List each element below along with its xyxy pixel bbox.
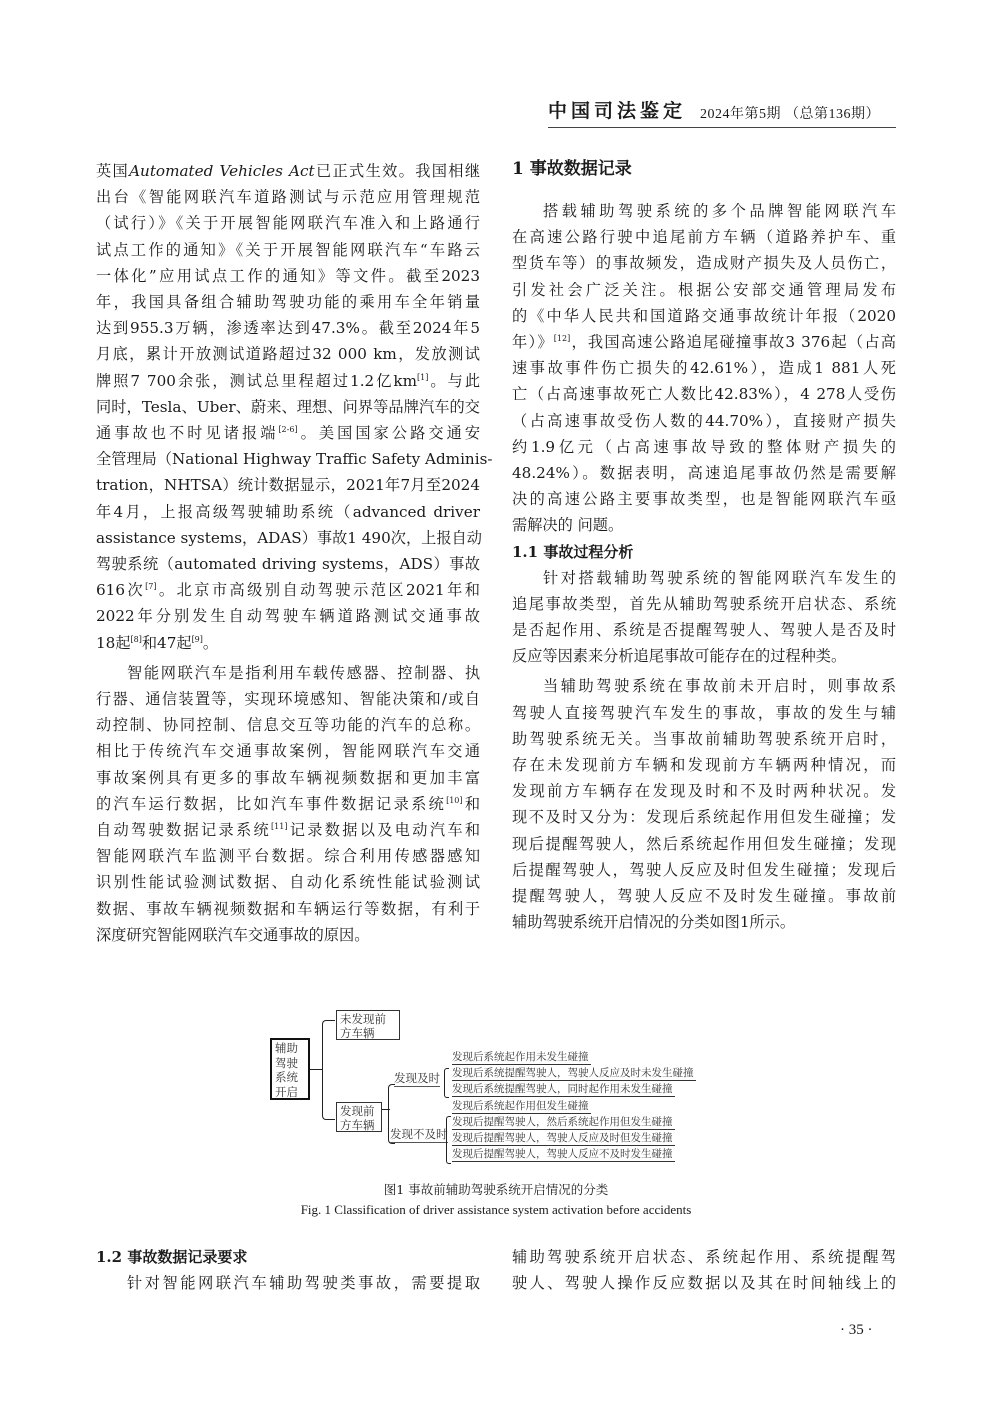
text-line: 追尾事故类型，首先从辅助驾驶系统开启状态、系统 xyxy=(512,591,896,617)
text-line: 提醒驾驶人，驾驶人反应不及时发生碰撞。事故前 xyxy=(512,883,896,909)
text-line: 现后提醒驾驶人，然后系统起作用但发生碰撞；发现 xyxy=(512,831,896,857)
figure-1-mind-map: 辅助驾驶系统开启 未发现前方车辆 发现前方车辆 发现及时 发现不及时 发现后系统… xyxy=(260,998,740,1170)
paragraph-definition: 智能网联汽车是指利用车载传感器、控制器、执行器、通信装置等，实现环境感知、智能决… xyxy=(96,660,480,948)
text-line: 月底，累计开放测试道路超过32 000 km，发放测试 xyxy=(96,341,480,367)
text-line: 牌照7 700余张，测试总里程超过1.2亿km[1]。与此 xyxy=(96,368,480,394)
text-line: 型货车等）的事故频发，造成财产损失及人员伤亡， xyxy=(512,250,896,276)
text-line: 2022年分别发生自动驾驶车辆道路测试交通事故 xyxy=(96,603,480,629)
label-not-timely: 发现不及时 xyxy=(390,1126,448,1143)
node-found: 发现前方车辆 xyxy=(336,1102,382,1132)
act-name: Automated Vehicles Act xyxy=(129,162,315,180)
text-line: 在高速公路行驶中追尾前方车辆（道路养护车、重 xyxy=(512,224,896,250)
paragraph-regulations: 英国Automated Vehicles Act已正式生效。我国相继出台《智能网… xyxy=(96,158,480,656)
text-line: 全管理局（National Highway Traffic Safety Adm… xyxy=(96,446,480,472)
citation-marker: [11] xyxy=(271,822,287,831)
text-line: （占高速事故受伤人数的44.70%），直接财产损失 xyxy=(512,408,896,434)
text-line: 智能网联汽车是指利用车载传感器、控制器、执 xyxy=(96,660,480,686)
citation-marker: [2-6] xyxy=(278,425,297,434)
running-header: 中国司法鉴定 2024年第5期 （总第136期） xyxy=(548,98,896,128)
text-line: 出台《智能网联汽车道路测试与示范应用管理规范 xyxy=(96,184,480,210)
citation-marker: [10] xyxy=(446,796,462,805)
text-line: 48.24%）。数据表明，高速追尾事故仍然是需要解 xyxy=(512,460,896,486)
text-line: 相比于传统汽车交通事故案例，智能网联汽车交通 xyxy=(96,738,480,764)
text-line: 驾驶系统（automated driving systems，ADS）事故 xyxy=(96,551,480,577)
section-1-heading: 1 事故数据记录 xyxy=(512,158,896,180)
citation-marker: [1] xyxy=(417,373,428,382)
text-line: 616次[7]。北京市高级别自动驾驶示范区2021年和 xyxy=(96,577,480,603)
connector-bracket xyxy=(322,1020,335,1120)
text-line: 的《中华人民共和国道路交通事故统计年报（2020 xyxy=(512,303,896,329)
figure-caption-en: Fig. 1 Classification of driver assistan… xyxy=(0,1202,992,1218)
text-line: 同时，Tesla、Uber、蔚来、理想、问界等品牌汽车的交 xyxy=(96,394,480,420)
text-line: 辅助驾驶系统开启状态、系统起作用、系统提醒驾 xyxy=(512,1244,896,1270)
text-line: 反应等因素来分析追尾事故可能存在的过程种类。 xyxy=(512,643,896,669)
text-line: 需解决的 问题。 xyxy=(512,512,896,538)
leaf-not-timely-3: 发现后提醒驾驶人，驾驶人反应及时但发生碰撞 xyxy=(452,1131,675,1146)
text-line: 自动驾驶数据记录系统[11]记录数据以及电动汽车和 xyxy=(96,817,480,843)
journal-name: 中国司法鉴定 xyxy=(548,96,686,123)
text-line: 现不及时又分为：发现后系统起作用但发生碰撞；发 xyxy=(512,804,896,830)
text-line: 18起[8]和47起[9]。 xyxy=(96,630,480,656)
text-line: 约1.9亿元（占高速事故导致的整体财产损失的 xyxy=(512,434,896,460)
text-line: 针对搭载辅助驾驶系统的智能网联汽车发生的 xyxy=(512,565,896,591)
text-line: 发现前方车辆存在发现及时和不及时两种状况。发 xyxy=(512,778,896,804)
text-line: 速事故事件伤亡损失的42.61%），造成1 881人死 xyxy=(512,355,896,381)
text-line: 行器、通信装置等，实现环境感知、智能决策和/或自 xyxy=(96,686,480,712)
text-line: 决的高速公路主要事故类型，也是智能网联汽车亟 xyxy=(512,486,896,512)
citation-marker: [12] xyxy=(554,334,570,343)
page-number: · 35 · xyxy=(840,1322,873,1339)
text-line: 的汽车运行数据，比如汽车事件数据记录系统[10]和 xyxy=(96,791,480,817)
connector-line xyxy=(310,1069,322,1070)
text-line: （试行）》《关于开展智能网联汽车准入和上路通行 xyxy=(96,210,480,236)
citation-marker: [7] xyxy=(145,582,156,591)
text-line: 年）》[12]，我国高速公路追尾碰撞事故3 376起（占高 xyxy=(512,329,896,355)
text-line: 年4月，上报高级驾驶辅助系统（advanced driver xyxy=(96,499,480,525)
text-line: 搭载辅助驾驶系统的多个品牌智能网联汽车 xyxy=(512,198,896,224)
text-line: assistance systems，ADAS）事故1 490次，上报自动 xyxy=(96,525,480,551)
left-column: 英国Automated Vehicles Act已正式生效。我国相继出台《智能网… xyxy=(96,158,480,948)
text-line: 是否起作用、系统是否提醒驾驶人、驾驶人是否及时 xyxy=(512,617,896,643)
leaf-timely-2: 发现后系统提醒驾驶人，驾驶人反应及时未发生碰撞 xyxy=(452,1066,696,1081)
node-root: 辅助驾驶系统开启 xyxy=(270,1038,310,1100)
leaf-not-timely-1: 发现后系统起作用但发生碰撞 xyxy=(452,1099,591,1114)
paragraph-section-1: 搭载辅助驾驶系统的多个品牌智能网联汽车在高速公路行驶中追尾前方车辆（道路养护车、… xyxy=(512,198,896,539)
section-1-2: 1.2 事故数据记录要求 针对智能网联汽车辅助驾驶类事故，需要提取 xyxy=(96,1244,480,1296)
paragraph-section-1-1-b: 当辅助驾驶系统在事故前未开启时，则事故系驾驶人直接驾驶汽车发生的事故，事故的发生… xyxy=(512,673,896,935)
text-line: 存在未发现前方车辆和发现前方车辆两种情况，而 xyxy=(512,752,896,778)
leaf-timely-3: 发现后系统提醒驾驶人，同时起作用未发生碰撞 xyxy=(452,1082,675,1097)
text-line: 引发社会广泛关注。根据公安部交通管理局发布 xyxy=(512,277,896,303)
text-line: 亡（占高速事故死亡人数比42.83%），4 278人受伤 xyxy=(512,381,896,407)
section-1-2-heading: 1.2 事故数据记录要求 xyxy=(96,1244,480,1270)
text-line: 动控制、协同控制、信息交互等功能的汽车的总称。 xyxy=(96,712,480,738)
text-line: 识别性能试验测试数据、自动化系统性能试验测试 xyxy=(96,869,480,895)
section-1-1-heading: 1.1 事故过程分析 xyxy=(512,539,896,565)
text-line: 达到955.3万辆，渗透率达到47.3%。截至2024年5 xyxy=(96,315,480,341)
text-line: 年，我国具备组合辅助驾驶功能的乘用车全年销量 xyxy=(96,289,480,315)
text-line: 深度研究智能网联汽车交通事故的原因。 xyxy=(96,922,480,948)
connector-bracket xyxy=(444,1068,449,1098)
text-line: 事故案例具有更多的事故车辆视频数据和更加丰富 xyxy=(96,765,480,791)
text-line: 辅助驾驶系统开启情况的分类如图1所示。 xyxy=(512,909,896,935)
paragraph-section-1-1-a: 针对搭载辅助驾驶系统的智能网联汽车发生的追尾事故类型，首先从辅助驾驶系统开启状态… xyxy=(512,565,896,670)
text-line: 后提醒驾驶人，驾驶人反应及时但发生碰撞；发现后 xyxy=(512,857,896,883)
text-line: 驶人、驾驶人操作反应数据以及其在时间轴线上的 xyxy=(512,1270,896,1296)
connector-bracket xyxy=(446,1116,451,1164)
node-not-found: 未发现前方车辆 xyxy=(336,1010,400,1040)
text-line: 英国Automated Vehicles Act已正式生效。我国相继 xyxy=(96,158,480,184)
issue-info: 2024年第5期 （总第136期） xyxy=(700,103,880,123)
label-timely: 发现及时 xyxy=(394,1070,440,1087)
right-column: 1 事故数据记录 搭载辅助驾驶系统的多个品牌智能网联汽车在高速公路行驶中追尾前方… xyxy=(512,158,896,935)
leaf-timely-1: 发现后系统起作用未发生碰撞 xyxy=(452,1050,591,1065)
text-line: 一体化”应用试点工作的通知》等文件。截至2023 xyxy=(96,263,480,289)
text-line: 通事故也不时见诸报端[2-6]。美国国家公路交通安 xyxy=(96,420,480,446)
text-line: tration，NHTSA）统计数据显示，2021年7月至2024 xyxy=(96,472,480,498)
text-line: 助驾驶系统无关。当事故前辅助驾驶系统开启时， xyxy=(512,726,896,752)
text-line: 数据、事故车辆视频数据和车辆运行等数据，有利于 xyxy=(96,896,480,922)
text-line: 驾驶人直接驾驶汽车发生的事故，事故的发生与辅 xyxy=(512,700,896,726)
leaf-not-timely-2: 发现后提醒驾驶人，然后系统起作用但发生碰撞 xyxy=(452,1115,675,1130)
section-1-2-continued: 辅助驾驶系统开启状态、系统起作用、系统提醒驾 驶人、驾驶人操作反应数据以及其在时… xyxy=(512,1244,896,1296)
text-line: 当辅助驾驶系统在事故前未开启时，则事故系 xyxy=(512,673,896,699)
text-line: 智能网联汽车监测平台数据。综合利用传感器感知 xyxy=(96,843,480,869)
citation-marker: [8] xyxy=(131,635,142,644)
figure-caption-cn: 图1 事故前辅助驾驶系统开启情况的分类 xyxy=(0,1180,992,1198)
leaf-not-timely-4: 发现后提醒驾驶人，驾驶人反应不及时发生碰撞 xyxy=(452,1147,675,1162)
text-line: 试点工作的通知》《关于开展智能网联汽车“车路云 xyxy=(96,237,480,263)
text-line: 针对智能网联汽车辅助驾驶类事故，需要提取 xyxy=(96,1270,480,1296)
citation-marker: [9] xyxy=(192,635,203,644)
